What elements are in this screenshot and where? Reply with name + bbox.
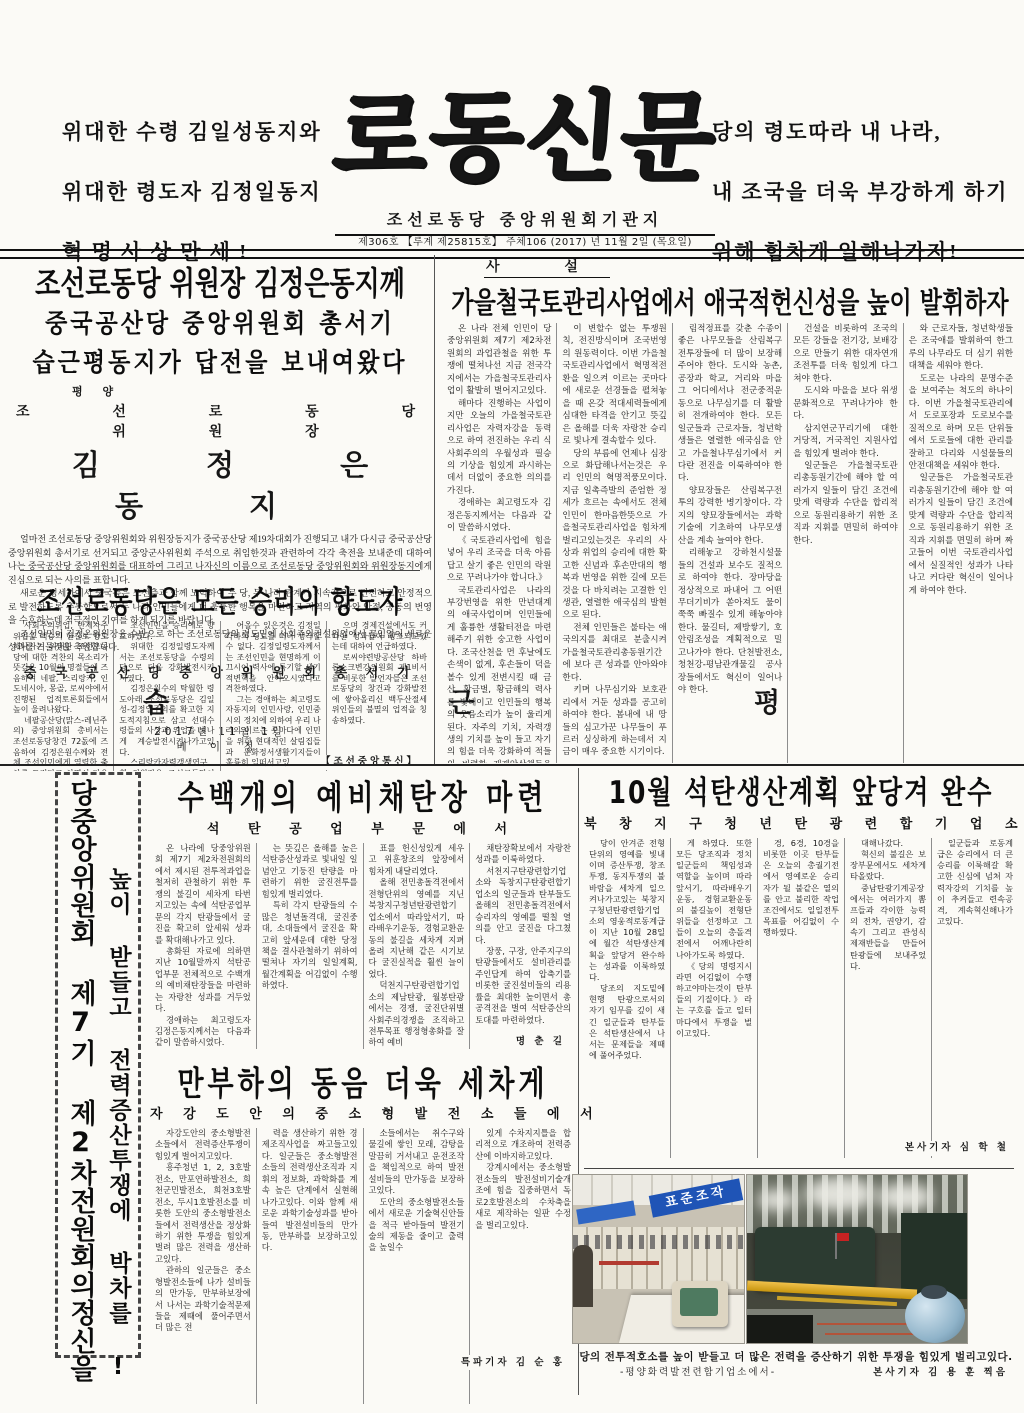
power-column-1: 자강도안의 중소형발전소들에서 전력증산투쟁이 힘있게 벌어지고있다.흥주청년 … [150,1128,256,1404]
tank-cap [921,1285,947,1299]
article-coal: 수백개의 예비채탄장 마련 석 탄 공 업 부 문 에 서 온 나라에 당중앙위… [150,770,576,1049]
paragraph: 국토관리사업은 나라의 부강번영을 위한 만년대계의 애국사업이며 인민들에게 … [447,585,551,763]
paragraph: 온 나라 전체 인민이 당중앙위원회 제7기 제2차전원회의 과업관철을 위한 … [447,323,551,398]
paragraph: 일군들은 가을철국토관리총동원기간에 해야 할 여러가지 일들이 담긴 조건에 … [793,460,897,547]
paragraph: 삼지연군꾸리기에 대한 거당적, 거국적인 지원사업을 힘있게 벌려야 한다. [793,423,897,460]
red-railing [817,1323,917,1325]
paragraph: 게 하였다. 또한 모든 당조직과 정치일군들의 책임성과 역할을 높이며 따라… [676,838,752,961]
photo-turbine-hall [747,1175,967,1343]
operator-figure [573,1245,593,1307]
paragraph: 건설을 비롯하여 조국의 모든 강들을 전기강, 보배강으로 만들기 위한 대자… [793,323,897,385]
paragraph: 도시와 마을을 보다 위생문화적으로 꾸려나가야 한다. [793,385,897,422]
paragraph: 자강도안의 중소형발전소들에서 전력증산투쟁이 힘있게 벌어지고있다. [155,1128,251,1162]
organ-line: 조선로동당 중앙위원회기관지 [335,207,715,236]
telegram-bottom-rule [20,570,420,571]
paragraph: 당의 부름에 언제나 심장으로 화답해나서는것은 우리 인민의 혁명적풍모이다.… [562,448,666,622]
paragraph: 표를 헌신성있게 세우고 위훈창조의 앞장에서 힘차게 내달리였다. [369,843,465,877]
photo-credit: 본사기자 김 용 훈 찍음 [873,1364,1008,1378]
paragraph: 전체 인민들은 불타는 애국의지를 최대로 분출시켜 가을철국토관리총동원기간에… [562,622,666,684]
paragraph: 소들에서는 취수구와 물길에 쌓인 모래, 감탕을 말끔히 거서내고 운전조작을… [369,1128,465,1197]
crt-monitor [672,1281,728,1327]
left-slogan-line-2: 위대한 령도자 김정일동지 [62,176,322,206]
paragraph: 강계시에서는 중소형발전소들의 발전설비기술개조에 힘을 집중하면서 독로2호발… [475,1162,571,1231]
paragraph: 대해나갔다. [850,838,926,849]
power-column-3: 소들에서는 취수구와 물길에 쌓인 모래, 감탕을 말끔히 거서내고 운전조작을… [363,1128,470,1404]
paragraph: 리해놓고 강하천시설물들의 건설과 보수도 질적으로 하여야 한다. 장마당을 … [678,547,782,696]
october-columns: 당이 안겨준 전형단위의 영예를 빛내이며 증산투쟁, 창조투쟁, 동지투쟁의 … [584,838,1018,1158]
mid-page-rule [0,764,1024,766]
editorial-label: 사 설 [484,256,610,278]
paragraph: 일군들과 로동계급은 승리에서 더 큰 승리를 이룩해갈 확고한 신심에 넘쳐 … [937,838,1013,927]
paragraph: 경애하는 최고령도자 김정은동지께서는 다음과 같이 말씀하시였다. [155,1015,251,1049]
telegram-place: 평 양 [72,383,432,399]
coal-subhead: 석 탄 공 업 부 문 에 서 [150,818,576,837]
paragraph: 채탄장확보에서 자랑찬 성과를 이룩하였다. [475,843,571,866]
center-column-rule [434,255,435,765]
paragraph: 당이 안겨준 전형단위의 영예를 빛내이며 증산투쟁, 창조투쟁, 동지투쟁의 … [589,838,665,983]
paragraph: 있게 수차지지틀을 합리적으로 개조하여 전력증산에 이바지하고있다. [475,1128,571,1162]
paragraph: 와 근로자들, 청년학생들은 조국애를 발휘하여 한그루의 나무라도 더 심기 … [909,323,1013,373]
october-column-2: 게 하였다. 또한 모든 당조직과 정치일군들의 책임성과 역할을 높이며 따라… [670,838,757,1158]
paragraph: 도로는 나라의 문명수준을 보여주는 척도의 하나이다. 이번 가을철국토관리에… [909,373,1013,473]
power-byline: 특파기자 김 순 홍 [458,1355,568,1370]
editorial-column-3: 림적정표를 갖춘 수종이 좋은 나무모들을 산림복구전투장들에 더 많이 보장해… [672,323,787,763]
paragraph: 중남탄광기계공장에서는 여러가지 뽐프들과 각이한 능력의 전차, 권양기, 감… [850,883,926,972]
party-headline: 조선로동당은 모든 승리의 향도자 [8,577,432,621]
paper-title: 로동신문 [326,88,723,190]
paragraph: 《국토관리사업에 힘을 넣어 우리 조국을 더욱 아름답고 살기 좋은 인민의 … [447,535,551,585]
paragraph: 총화된 자료에 의하면 지난 10월말까지 석탄공업부문 전체적으로 수백개의 … [155,946,251,1015]
paragraph: 양묘장들은 산림복구전투의 강력한 병기창이다. 각지의 양묘장들에서는 과학기… [678,485,782,547]
editorial-column-5: 와 근로자들, 청년학생들은 조국애를 발휘하여 한그루의 나무라도 더 심기 … [903,323,1018,763]
party-column-2: 조선인민을 승리에로 향도하였다.위대한 김정일령도자께서는 조선로동당을 수령… [113,621,219,771]
paragraph: 혁신의 불길은 보장부문에서도 세차게 타올랐다. [850,849,926,882]
newspaper-page: 위대한 수령 김일성동지와 위대한 령도자 김정일동지 혁 명 사 상 만 세 … [0,0,1024,1413]
october-column-1: 당이 안겨준 전형단위의 영예를 빛내이며 증산투쟁, 창조투쟁, 동지투쟁의 … [584,838,670,1158]
photo-caption-place: -평양화력발전련합기업소에서- [620,1364,776,1378]
party-columns: 사회주의위업, 반제자주위업을 백승의 한길로 향도해나가는 위대한 조선로동당… [8,621,432,771]
october-subhead: 북 창 지 구 청 년 탄 광 련 합 기 업 소 에 서 [584,813,1018,832]
paragraph: 도안의 중소형발전소들에서 새로운 기술혁신안들을 적극 받아들여 발전기술의 … [369,1197,465,1254]
paragraph: 관하의 일군들은 중소형발전소들에 나가 설비들의 만가동, 만부하보장에서 나… [155,1265,251,1334]
telegram-addressee-title: 조 선 로 동 당 위 원 장 [8,401,432,441]
party-column-1: 사회주의위업, 반제자주위업을 백승의 한길로 향도해나가는 위대한 조선로동당… [8,621,113,771]
photo-top-rule [584,1168,1014,1169]
paragraph: 림적정표를 갖춘 수종이 좋은 나무모들을 산림복구전투장들에 더 많이 보장해… [678,323,782,485]
october-column-5: 일군들과 로동계급은 승리에서 더 큰 승리를 이룩해갈 확고한 신심에 넘쳐 … [931,838,1018,1158]
paragraph: 《당의 명령지시라면 어김없이 수행하고야마는것이 탄부들의 기질이다.》라는 … [676,961,752,1039]
article-party-guide: 조선로동당은 모든 승리의 향도자 사회주의위업, 반제자주위업을 백승의 한길… [8,577,432,771]
paragraph: 로씨야련방공산당 하바롭스크변강위원회 제1비서를 비롯한 발언자들은 조선로동… [332,653,427,727]
paragraph: 그는 경애하는 최고령도자동지의 인민사랑, 인민중시의 정치에 의하여 우리 … [226,695,321,769]
paragraph: 조선인민을 승리에로 향도하였다. [119,621,214,642]
paragraph: 으며 경제건설에서도 커다란 성과들이 창조되고있는데 대하여 언급하였다. [332,621,427,653]
article-editorial: 사 설 가을철국토관리사업에서 애국적헌신성을 높이 발휘하자 온 나라 전체 … [442,256,1018,763]
power-headline: 만부하의 동음 더욱 세차게 [150,1056,576,1105]
coal-column-3: 표를 헌신성있게 세우고 위훈창조의 앞장에서 힘차게 내달리였다.올해 전민총… [363,843,470,1049]
paragraph: 덕천지구탄광련합기업소의 제남탄광, 월봉탄광에서는 경쟁, 굴진단위별사회주의… [369,980,465,1049]
editorial-column-1: 온 나라 전체 인민이 당중앙위원회 제7기 제2차전원회의 과업관철을 위한 … [442,323,556,763]
paragraph: 위대한 김정일령도자께서는 조선로동당을 수령의 당으로 더욱 강화발전시키시였… [119,642,214,684]
paragraph: 일군들은 가을철국토관리총동원기간에 해야 할 여러가지 일들이 담긴 조건에 … [909,472,1013,597]
slogan-box: 당중앙위원회 제7기 제2차전원회의정신을 높이 받들고 전력증산투쟁에 박차를… [55,772,141,1358]
right-slogan-line-2: 내 조국을 더욱 부강하게 하기 [712,176,1008,206]
steam-cloud [757,1189,797,1211]
floor-pit [747,1315,813,1343]
paragraph: 어올수 있은것은 김정일각하의 령도를 떠나 생각할수 없다. 김정일령도자께서… [226,621,321,695]
power-column-2: 력을 생산하기 위한 경제조직사업을 짜고들고있다. 일군들은 중소형발전소들의… [256,1128,363,1404]
panel-indicator-strip [599,1261,659,1265]
panel-dials [573,1235,744,1249]
paragraph: 서천지구탄광련합기업소와 독창지구탄광련합기업소의 일군들과 탄부들도 올해의 … [475,866,571,946]
telegram-subhead-1: 중국공산당 중앙위원회 총서기 [8,303,432,339]
paragraph: 키며 나무심기와 보호관리에서 거둔 성과를 공고히 하여야 한다. 봄내에 내… [562,684,666,759]
paragraph: 장풍, 구장, 안주지구의 탄광들에서도 설비관리를 주인답게 하여 압축기를 … [475,946,571,1026]
coal-headline: 수백개의 예비채탄장 마련 [150,770,576,819]
party-news-credit: 【조선중앙통신】 [318,755,422,770]
steam-cloud [805,1177,875,1211]
paragraph: 당조의 지도밑에 현행 탄광으로서의 자기 임무를 깊이 새긴 일군들과 탄부들… [589,983,665,1061]
right-slogan-line-1: 당의 령도따라 내 나라, [712,116,1008,146]
paragraph: 올해 전민총돌격전에서 전형단위의 영예를 지닌 북창지구청년탄광련합기업소에서… [369,877,465,980]
telegram-addressee-name: 김 정 은 동 지 [8,443,432,525]
photo-control-room: 표준조작 [573,1175,744,1343]
coal-column-4: 채탄장확보에서 자랑찬 성과를 이룩하였다.서천지구탄광련합기업소와 독창지구탄… [469,843,576,1049]
telegram-headline: 조선로동당 위원장 김정은동지께 [8,258,432,304]
issue-line: 제306호 【루계 제25815호】 주체106 (2017) 년 11월 2일… [335,233,715,248]
paragraph: 네팔공산당(맑스-레닌주의) 중앙위원회 총비서는 조선로동당창건 72돐에 즈… [13,716,108,771]
left-slogan-line-1: 위대한 수령 김일성동지와 [62,116,322,146]
october-column-3: 경, 6경, 10경을 비롯한 이곳 탄부들은 오늘의 총궐기전에서 영예로운 … [757,838,844,1158]
paragraph: 온 나라에 당중앙위원회 제7기 제2차전원회의에서 제시된 전투적과업을 철저… [155,843,251,946]
paragraph: 이 변할수 없는 투쟁원칙, 전진방식이며 조국번영의 원동력이다. 이번 가을… [562,323,666,448]
coal-byline: 명 춘 길 [513,1034,568,1049]
coal-columns: 온 나라에 당중앙위원회 제7기 제2차전원회의에서 제시된 전투적과업을 철저… [150,843,576,1049]
paragraph: 해마다 진행하는 사업이지만 오늘의 가을철국토관리사업은 자력자강을 동력으로… [447,398,551,498]
editorial-column-2: 이 변할수 없는 투쟁원칙, 전진방식이며 조국번영의 원동력이다. 이번 가을… [556,323,671,763]
article-october-plan: 10월 석탄생산계획 앞당겨 완수 북 창 지 구 청 년 탄 광 련 합 기 … [584,768,1018,1158]
telegram-subhead-2: 습근평동지가 답전을 보내여왔다 [8,342,432,378]
october-column-4: 대해나갔다.혁신의 불길은 보장부문에서도 세차게 타올랐다.중남탄광기계공장에… [844,838,931,1158]
october-headline: 10월 석탄생산계획 앞당겨 완수 [584,768,1018,813]
paragraph: 는 뜻깊은 올해를 높은 석탄증산성과로 빛내일 일념안고 기둥진 탄량을 마련… [262,843,358,900]
editorial-column-4: 건설을 비롯하여 조국의 모든 강들을 전기강, 보배강으로 만들기 위한 대자… [787,323,902,763]
paragraph: 력을 생산하기 위한 경제조직사업을 짜고들고있다. 일군들은 중소형발전소들의… [262,1128,358,1254]
article-power: 만부하의 동음 더욱 세차게 자 강 도 안 의 중 소 형 발 전 소 들 에… [150,1056,576,1404]
paragraph: 흥주청년 1, 2, 3호발전소, 만포연하발전소, 희천군민발전소, 희천3호… [155,1162,251,1265]
editorial-headline: 가을철국토관리사업에서 애국적헌신성을 높이 발휘하자 [442,280,1018,321]
turbine-unit [755,1227,875,1289]
power-subhead: 자 강 도 안 의 중 소 형 발 전 소 들 에 서 [150,1103,576,1122]
slogan-box-line-1: 당중앙위원회 제7기 제2차전원회의정신을 [61,779,100,1351]
paragraph: 경애하는 최고령도자 김정은동지께서는 다음과 같이 말씀하시였다. [447,497,551,534]
paragraph: 김정은원수의 탁월한 령도아래 조선로동당은 김일성-김정일주의를 확고한 지도… [119,684,214,758]
red-flag [837,1233,849,1241]
power-columns: 자강도안의 중소형발전소들에서 전력증산투쟁이 힘있게 벌어지고있다.흥주청년 … [150,1128,576,1404]
editorial-columns: 온 나라 전체 인민이 당중앙위원회 제7기 제2차전원회의 과업관철을 위한 … [442,323,1018,763]
paragraph: 특히 각지 탄광들의 수많은 청년돌격대, 굴진중대, 소대들에서 굴진을 확고… [262,900,358,992]
photo-caption: 당의 전투적호소를 높이 받들고 더 많은 전력을 증산하기 위한 투쟁을 힘있… [578,1349,1014,1364]
october-byline: 본사기자 심 학 철 [902,1141,1012,1156]
party-column-4: 으며 경제건설에서도 커다란 성과들이 창조되고있는데 대하여 언급하였다.로씨… [326,621,432,771]
paragraph: 경, 6경, 10경을 비롯한 이곳 탄부들은 오늘의 총궐기전에서 영예로운 … [763,838,839,938]
slogan-box-line-2: 높이 받들고 전력증산투쟁에 박차를 ! [102,867,135,1347]
party-column-3: 어올수 있은것은 김정일각하의 령도를 떠나 생각할수 없다. 김정일령도자께서… [220,621,326,771]
coal-column-2: 는 뜻깊은 올해를 높은 석탄증산성과로 빛내일 일념안고 기둥진 탄량을 마련… [256,843,363,1049]
photo-caption-sub: -평양화력발전련합기업소에서- 본사기자 김 용 훈 찍음 [578,1364,1014,1378]
coal-column-1: 온 나라에 당중앙위원회 제7기 제2차전원회의에서 제시된 전투적과업을 철저… [150,843,256,1049]
steam-cloud [877,1183,933,1211]
paragraph: 사회주의위업, 반제자주위업을 백승의 한길로 향도해나가는 위대한 조선로동당… [13,621,108,716]
monitor-screen [680,1288,718,1316]
